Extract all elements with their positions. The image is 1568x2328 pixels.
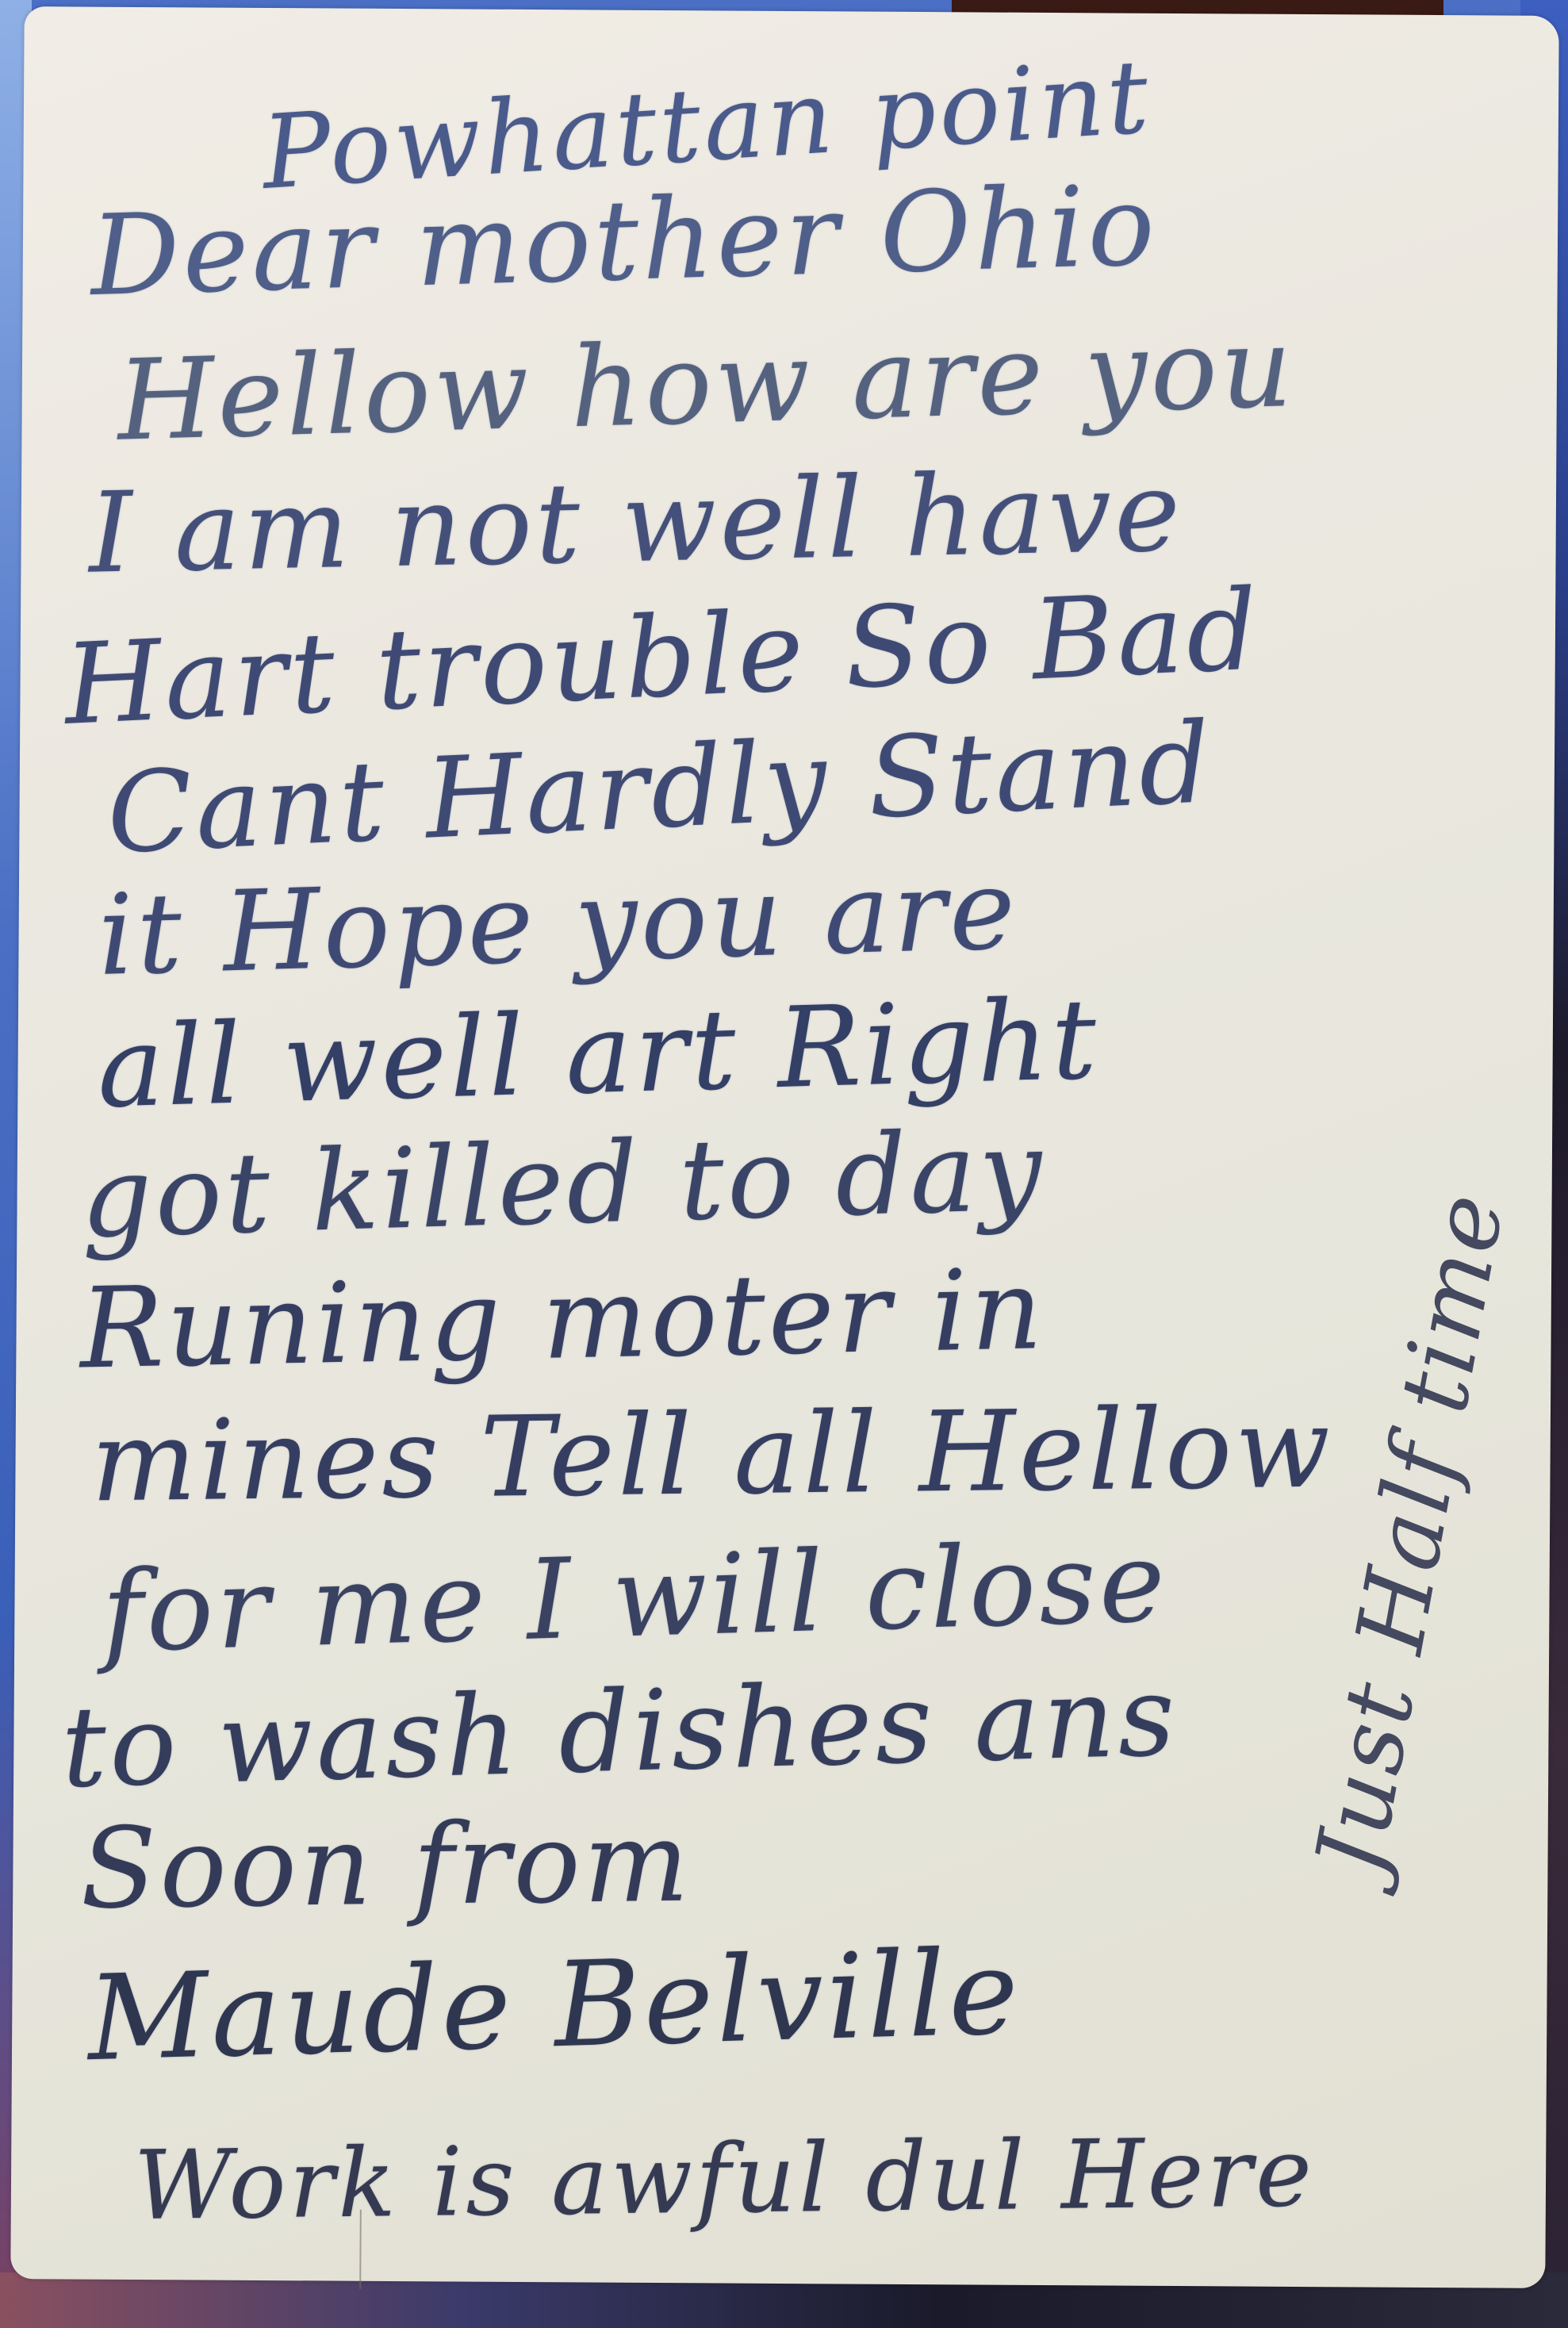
text-line: got killed to day (79, 1106, 1047, 1264)
signature: Maude Belville (86, 1923, 1023, 2087)
salutation-line: Dear mother Ohio (89, 161, 1160, 321)
closing-line: Soon from (80, 1798, 693, 1935)
text-line: it Hope you are (97, 846, 1020, 1001)
text-line: for me I will close (100, 1518, 1169, 1678)
text-line: mines Tell all Hellow (90, 1384, 1334, 1528)
postscript-line: Work is awful dul Here (133, 2118, 1315, 2242)
margin-note-vertical: Just Half time (1294, 1183, 1526, 1881)
postcard: Powhattan point Dear mother Ohio Hellow … (10, 6, 1558, 2288)
text-line: to wash dishes ans (59, 1652, 1179, 1813)
text-line: Runing moter in (79, 1245, 1046, 1394)
text-line: I am not well have (87, 447, 1184, 599)
text-line: Hellow how are you (116, 303, 1297, 466)
